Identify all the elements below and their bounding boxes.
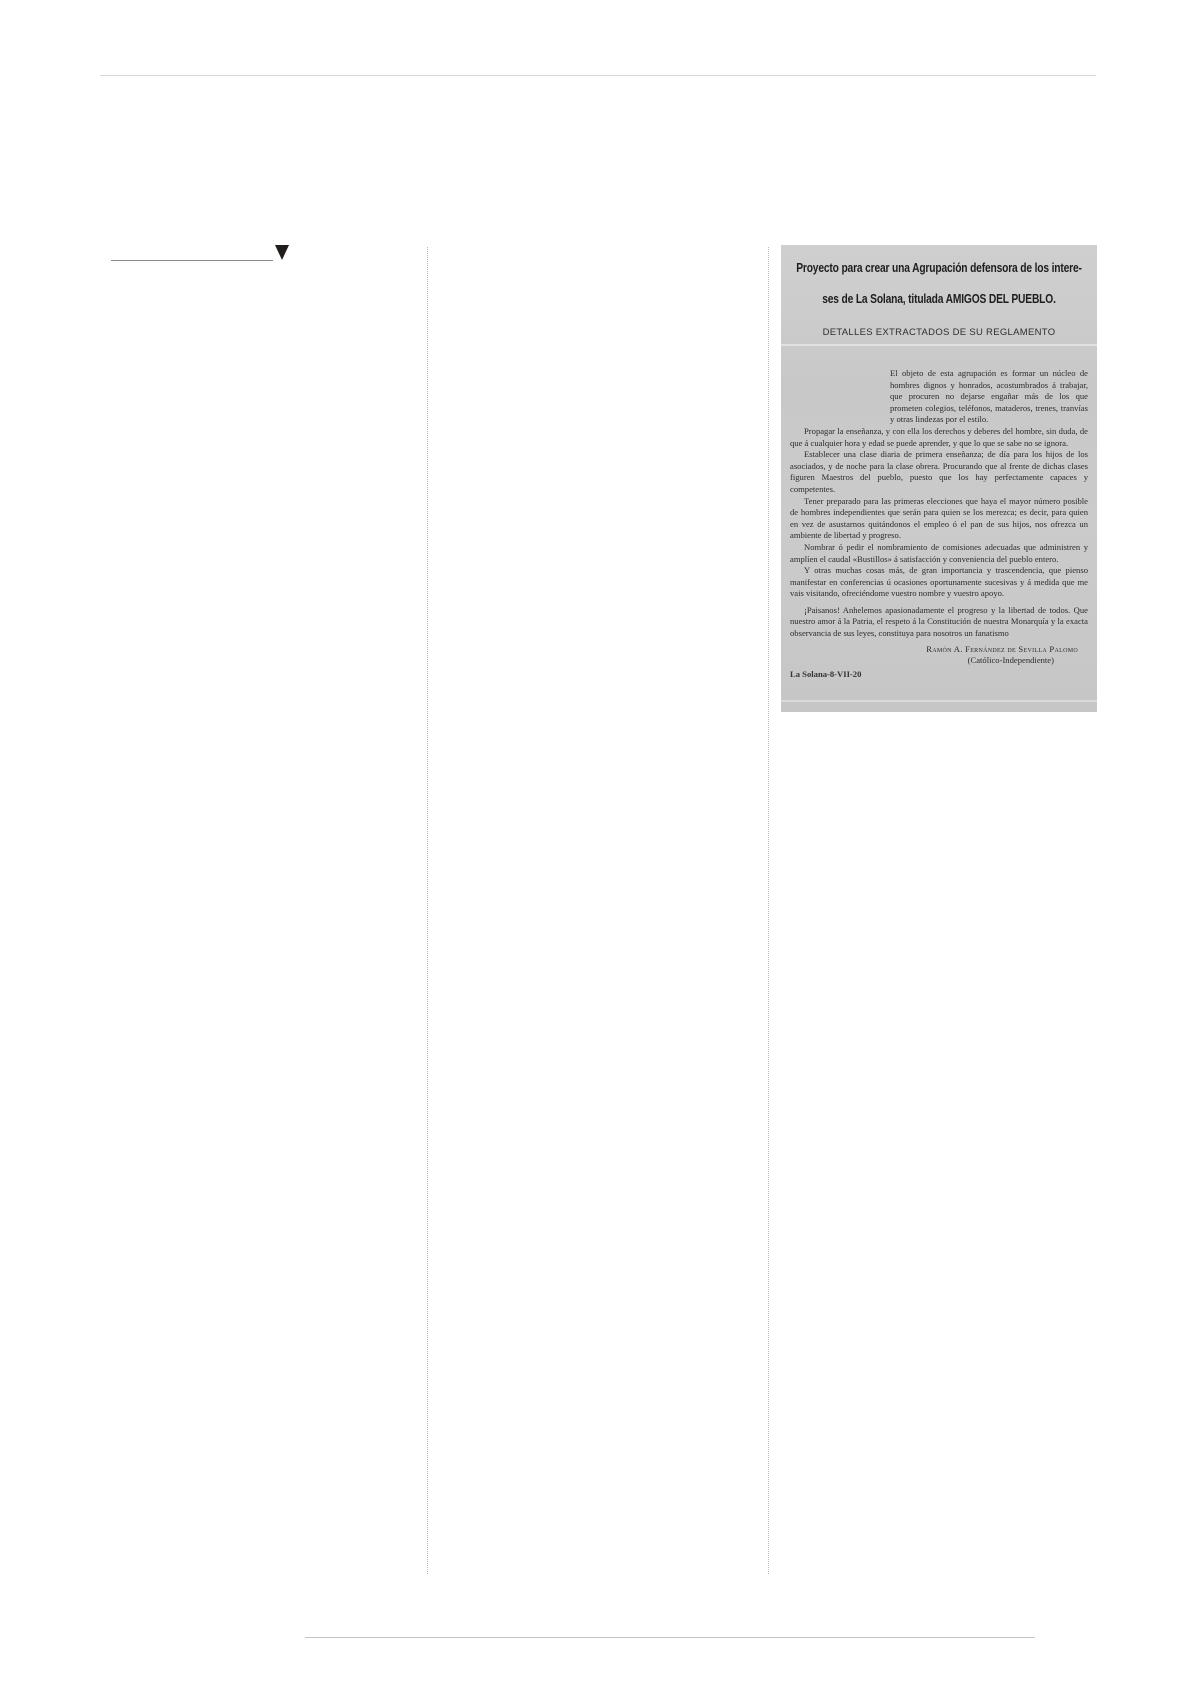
clipping-paragraph: ¡Paisanos! Anhelemos apasionadamente el … — [790, 605, 1088, 640]
newspaper-clipping: Proyecto para crear una Agrupación defen… — [781, 245, 1097, 712]
clipping-place-date: La Solana-8-VII-20 — [790, 669, 1088, 679]
clipping-title-line-2: ses de La Solana, titulada AMIGOS DEL PU… — [796, 284, 1083, 315]
clipping-body: El objeto de esta agrupación es formar u… — [790, 368, 1088, 640]
clipping-paragraph: Nombrar ó pedir el nombramiento de comis… — [790, 542, 1088, 565]
clipping-affiliation: (Católico-Independiente) — [790, 654, 1088, 666]
bottom-rule — [305, 1637, 1035, 1638]
column-separator-right — [768, 247, 769, 1574]
clipping-paragraph: Establecer una clase diaria de primera e… — [790, 449, 1088, 495]
clipping-signature: Ramón A. Fernández de Sevilla Palomo — [790, 644, 1088, 654]
clipping-title-line-1: Proyecto para crear una Agrupación defen… — [796, 253, 1083, 284]
top-rule — [100, 75, 1096, 76]
clipping-paragraph: Tener preparado para las primeras elecci… — [790, 496, 1088, 542]
section-marker-line — [111, 260, 273, 261]
column-separator-left — [427, 247, 428, 1574]
clipping-subtitle: DETALLES EXTRACTADOS DE SU REGLAMENTO — [790, 327, 1088, 338]
section-marker — [111, 243, 289, 263]
clipping-paragraph: Propagar la enseñanza, y con ella los de… — [790, 426, 1088, 449]
clipping-paragraph: El objeto de esta agrupación es formar u… — [790, 368, 1088, 426]
clipping-paragraph: Y otras muchas cosas más, de gran import… — [790, 565, 1088, 600]
triangle-down-icon — [275, 245, 289, 260]
